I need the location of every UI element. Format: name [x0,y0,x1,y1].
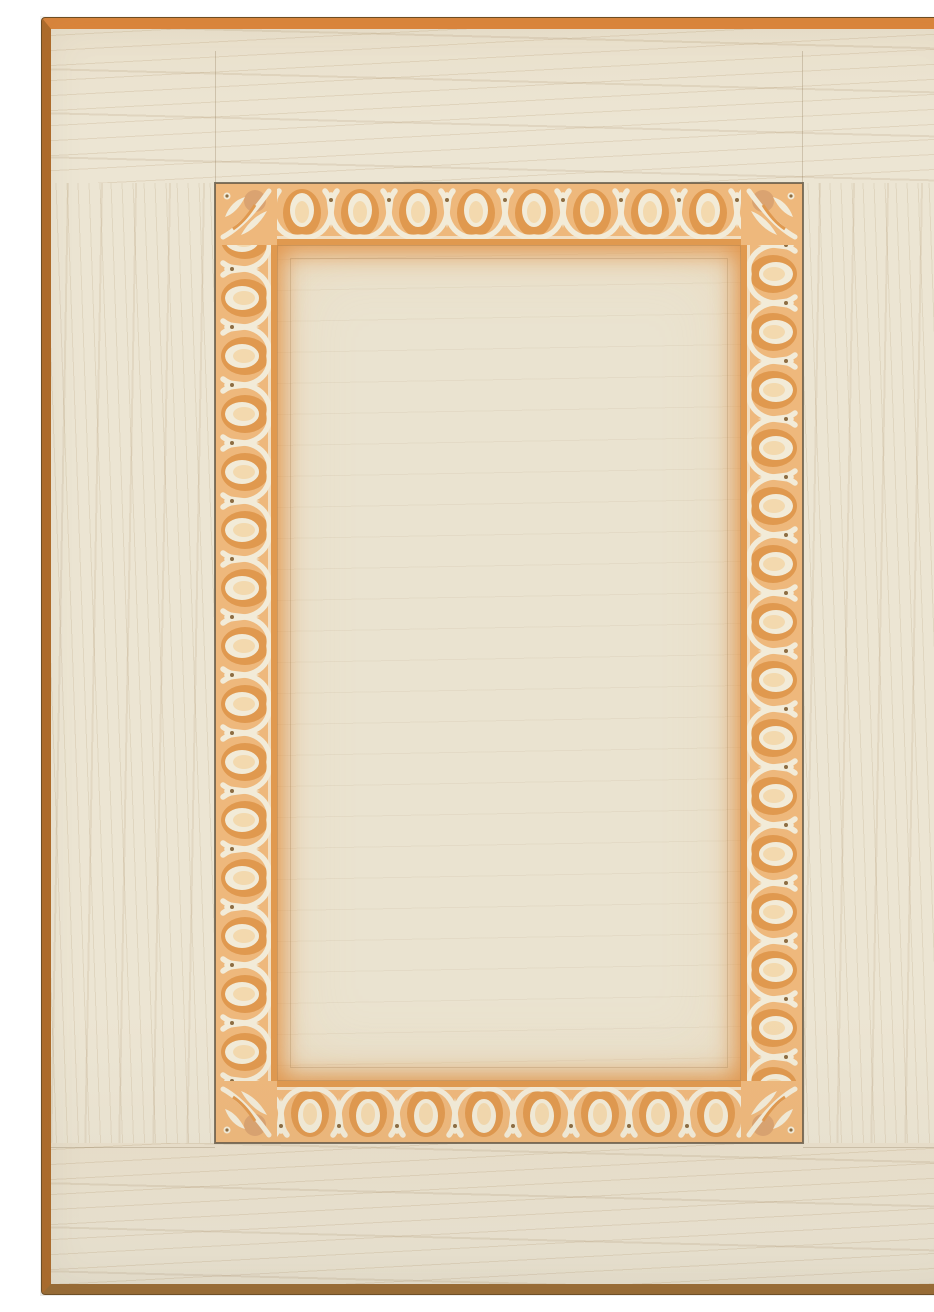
door-outer-edge [42,18,934,1294]
joint-seam [803,1147,934,1148]
joint-seam [802,51,803,183]
center-panel [277,245,741,1081]
right-stile [803,183,934,1143]
joint-seam [215,51,216,183]
left-stile [51,183,215,1143]
joint-seam [51,1147,215,1148]
bottom-rail [51,1143,934,1284]
cabinet-door-photo [40,16,934,1296]
